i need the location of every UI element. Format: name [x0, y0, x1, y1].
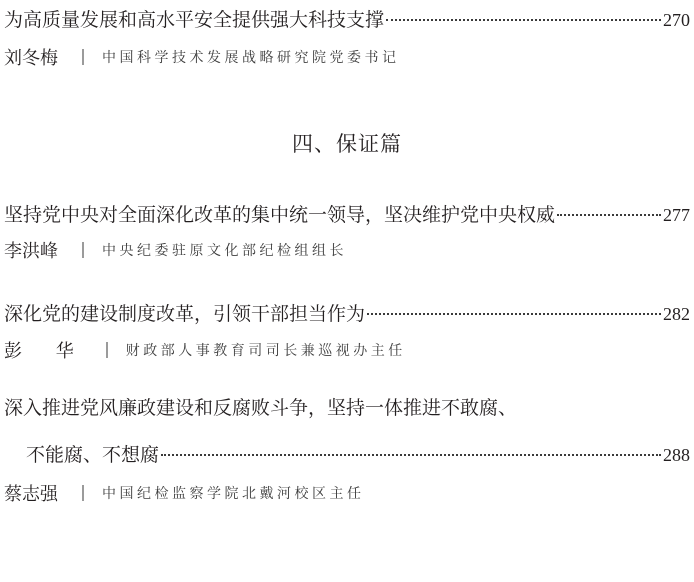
entry-title: 为高质量发展和高水平安全提供强大科技支撑 [4, 8, 384, 32]
toc-page: 为高质量发展和高水平安全提供强大科技支撑 270 刘冬梅 中国科学技术发展战略研… [0, 0, 694, 582]
entry-title-continuation: 不能腐、不想腐 [26, 443, 159, 467]
toc-entry-title[interactable]: 为高质量发展和高水平安全提供强大科技支撑 270 [4, 2, 690, 32]
separator-bar [82, 485, 84, 501]
author-name: 李洪峰 [4, 237, 64, 263]
dot-leader [557, 197, 661, 221]
author-line: 彭 华 财政部人事教育司司长兼巡视办主任 [4, 338, 406, 362]
entry-title: 坚持党中央对全面深化改革的集中统一领导，坚决维护党中央权威 [4, 203, 555, 227]
author-name: 彭 华 [4, 337, 88, 363]
dot-leader [386, 2, 661, 26]
entry-title: 深化党的建设制度改革，引领干部担当作为 [4, 302, 365, 326]
separator-bar [82, 49, 84, 65]
separator-bar [106, 342, 108, 358]
author-line: 李洪峰 中央纪委驻原文化部纪检组组长 [4, 238, 347, 262]
author-role: 中国科学技术发展战略研究院党委书记 [102, 47, 400, 67]
toc-entry-title[interactable]: 坚持党中央对全面深化改革的集中统一领导，坚决维护党中央权威 277 [4, 197, 690, 227]
toc-entry-title-line1[interactable]: 深入推进党风廉政建设和反腐败斗争，坚持一体推进不敢腐、 [4, 396, 517, 420]
page-number: 282 [663, 302, 690, 326]
dot-leader [161, 437, 661, 461]
page-number: 288 [663, 443, 690, 467]
separator-bar [82, 242, 84, 258]
author-line: 蔡志强 中国纪检监察学院北戴河校区主任 [4, 481, 365, 505]
section-heading: 四、保证篇 [0, 130, 694, 158]
page-number: 277 [663, 203, 690, 227]
entry-title: 深入推进党风廉政建设和反腐败斗争，坚持一体推进不敢腐、 [4, 396, 517, 420]
page-number: 270 [663, 8, 690, 32]
author-name: 蔡志强 [4, 480, 64, 506]
author-role: 中央纪委驻原文化部纪检组组长 [102, 240, 347, 260]
author-role: 中国纪检监察学院北戴河校区主任 [102, 483, 365, 503]
toc-entry-title-line2[interactable]: 不能腐、不想腐 288 [26, 437, 690, 467]
author-line: 刘冬梅 中国科学技术发展战略研究院党委书记 [4, 45, 400, 69]
author-name: 刘冬梅 [4, 44, 64, 70]
toc-entry-title[interactable]: 深化党的建设制度改革，引领干部担当作为 282 [4, 296, 690, 326]
author-role: 财政部人事教育司司长兼巡视办主任 [126, 340, 406, 360]
dot-leader [367, 296, 661, 320]
